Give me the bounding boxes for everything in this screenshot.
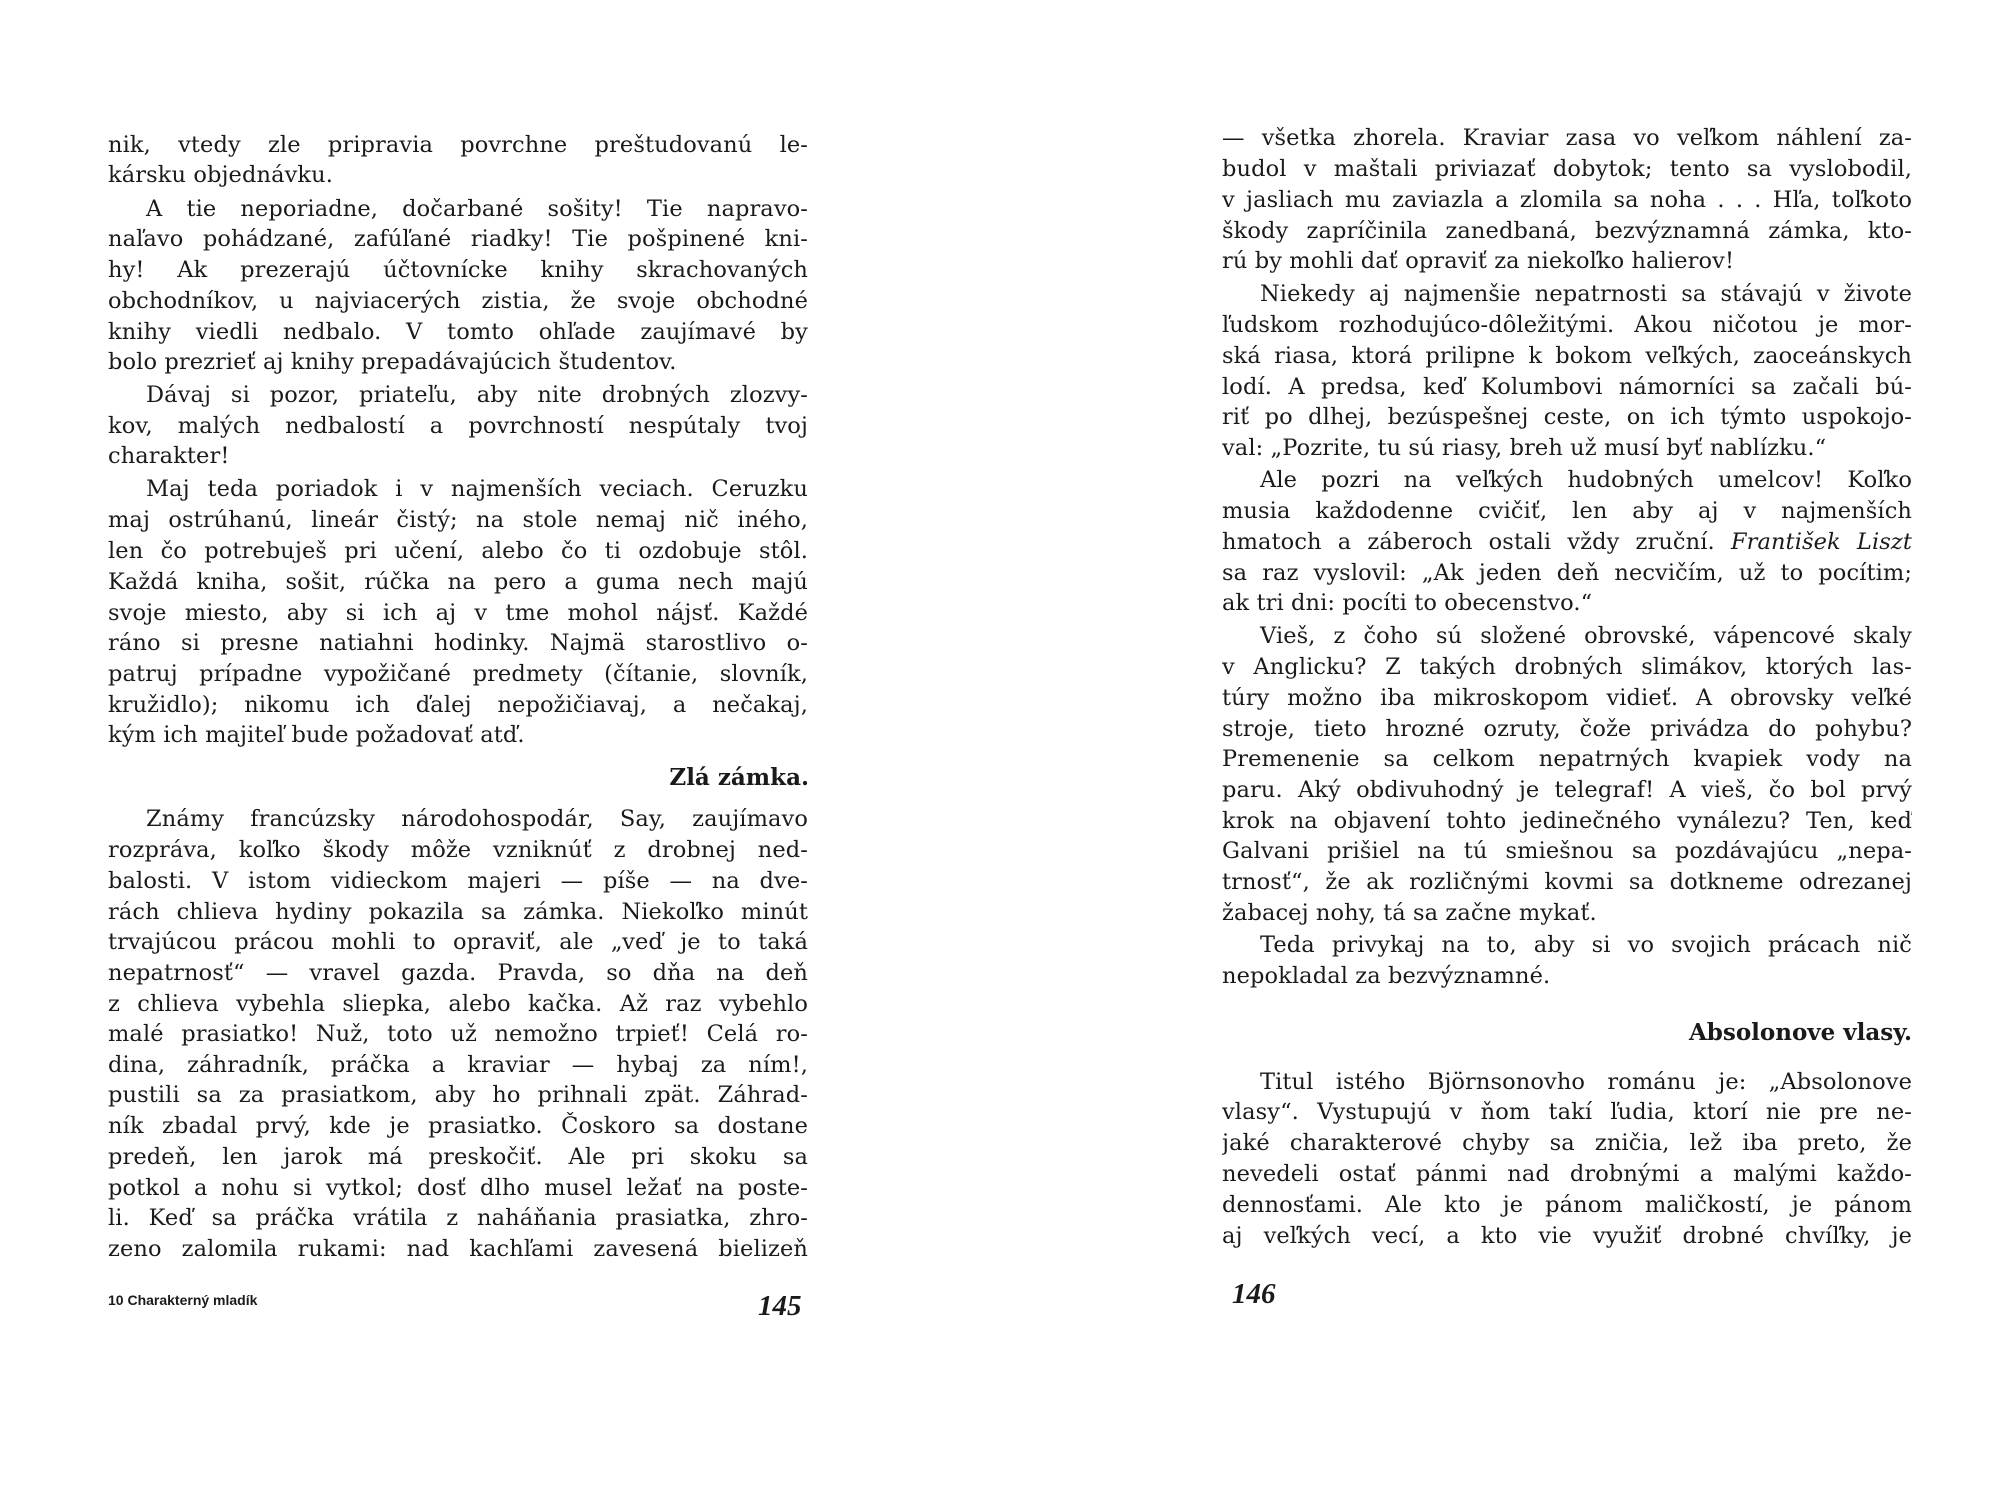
text-line: maj ostrúhanú, lineár čistý; na stole ne… (108, 505, 808, 535)
text-line: trvajúcou prácou mohli to opraviť, ale „… (108, 927, 808, 957)
text-line: Premenenie sa celkom nepatrných kvapiek … (1222, 744, 1912, 774)
text-line: dina, záhradník, práčka a kraviar — hyba… (108, 1050, 808, 1080)
text-line: zeno zalomila rukami: nad kachľami zaves… (108, 1234, 808, 1264)
text-line: ráno si presne natiahni hodinky. Najmä s… (108, 628, 808, 658)
text-line: riť po dlhej, bezúspešnej ceste, on ich … (1222, 402, 1912, 432)
text-line: Dávaj si pozor, priateľu, aby nite drobn… (108, 380, 808, 410)
page-number: 146 (1232, 1278, 1276, 1311)
text-line: balosti. V istom vidieckom majeri — píše… (108, 866, 808, 896)
text-line: patruj prípadne vypožičané predmety (čít… (108, 659, 808, 689)
text-line: Maj teda poriadok i v najmenších veciach… (108, 474, 808, 504)
text-line: Galvani prišiel na tú smiešnou sa pozdáv… (1222, 836, 1912, 866)
text-line: Teda privykaj na to, aby si vo svojich p… (1222, 930, 1912, 960)
text-line: val: „Pozrite, tu sú riasy, breh už musí… (1222, 433, 1912, 463)
text-line: trnosť“, že ak rozličnými kovmi sa dotkn… (1222, 867, 1912, 897)
text-line: musia každodenne cvičiť, len aby aj v na… (1222, 496, 1912, 526)
italic-name: František Liszt (1731, 529, 1912, 555)
text-line: ská riasa, ktorá prilipne k bokom veľkýc… (1222, 341, 1912, 371)
text-line: obchodníkov, u najviacerých zistia, že s… (108, 286, 808, 316)
printer-signature: 10 Charakterný mladík (108, 1292, 257, 1308)
text-line: nepokladal za bezvýznamné. (1222, 961, 1912, 991)
text-line: kružidlo); nikomu ich ďalej nepožičiavaj… (108, 690, 808, 720)
text-line: stroje, tieto hrozné ozruty, čože privád… (1222, 714, 1912, 744)
text-line: Každá kniha, sošit, rúčka na pero a guma… (108, 567, 808, 597)
text-line: v jasliach mu zaviazla a zlomila sa noha… (1222, 185, 1912, 215)
text-line: kým ich majiteľ bude požadovať atď. (108, 720, 808, 750)
text-line: Ale pozri na veľkých hudobných umelcov! … (1222, 465, 1912, 495)
text-line: žabacej nohy, tá sa začne mykať. (1222, 898, 1912, 928)
text-line: túry možno iba mikroskopom vidieť. A obr… (1222, 683, 1912, 713)
text-line: nik, vtedy zle pripravia povrchne preštu… (108, 130, 808, 160)
text-line: pustili sa za prasiatkom, aby ho prihnal… (108, 1080, 808, 1110)
text-line: bolo prezrieť aj knihy prepadávajúcich š… (108, 347, 808, 377)
text-line: charakter! (108, 441, 808, 471)
text-line: Niekedy aj najmenšie nepatrnosti sa stáv… (1222, 279, 1912, 309)
text-line: len čo potrebuješ pri učení, alebo čo ti… (108, 536, 808, 566)
text-line: svoje miesto, aby si ich aj v tme mohol … (108, 598, 808, 628)
text-line: lodí. A predsa, keď Kolumbovi námorníci … (1222, 372, 1912, 402)
page-number: 145 (758, 1290, 802, 1323)
text-line: — všetka zhorela. Kraviar zasa vo veľkom… (1222, 123, 1912, 153)
text-line: v Anglicku? Z takých drobných slimákov, … (1222, 652, 1912, 682)
text-line: nevedeli ostať pánmi nad drobnými a malý… (1222, 1159, 1912, 1189)
text-line: Vieš, z čoho sú složené obrovské, vápenc… (1222, 621, 1912, 651)
text-line: aj veľkých vecí, a kto vie využiť drobné… (1222, 1221, 1912, 1251)
text-line: ník zbadal prvý, kde je prasiatko. Čosko… (108, 1111, 808, 1141)
section-heading-zla-zamka: Zlá zámka. (669, 763, 809, 793)
text-line: naľavo pohádzané, zafúľané riadky! Tie p… (108, 224, 808, 254)
text-line: dennosťami. Ale kto je pánom maličkostí,… (1222, 1190, 1912, 1220)
text-line: škody zapríčinila zanedbaná, bezvýznamná… (1222, 216, 1912, 246)
text-line: ľudskom rozhodujúco-dôležitými. Akou nič… (1222, 310, 1912, 340)
text-line: predeň, len jarok má preskočiť. Ale pri … (108, 1142, 808, 1172)
text-line: budol v maštali priviazať dobytok; tento… (1222, 154, 1912, 184)
text-line: A tie neporiadne, dočarbané sošity! Tie … (108, 194, 808, 224)
section-heading-absolonove-vlasy: Absolonove vlasy. (1689, 1018, 1912, 1048)
text-line: li. Keď sa práčka vrátila z naháňania pr… (108, 1203, 808, 1233)
text-line: rozpráva, koľko škody môže vzniknúť z dr… (108, 835, 808, 865)
text-line: kov, malých nedbalostí a povrchností nes… (108, 411, 808, 441)
text-line: paru. Aký obdivuhodný je telegraf! A vie… (1222, 775, 1912, 805)
text-line: malé prasiatko! Nuž, toto už nemožno trp… (108, 1019, 808, 1049)
text-line: ak tri dni: pocíti to obecenstvo.“ (1222, 588, 1912, 618)
text-line: hy! Ak prezerajú účtovnícke knihy skrach… (108, 255, 808, 285)
text-line: rú by mohli dať opraviť za niekoľko hali… (1222, 246, 1912, 276)
right-page: Absolonove vlasy. 146 — všetka zhorela. … (1005, 0, 2011, 1500)
text-line: nepatrnosť“ — vravel gazda. Pravda, so d… (108, 958, 808, 988)
text-line: sa raz vyslovil: „Ak jeden deň necvičím,… (1222, 558, 1912, 588)
text-line: jaké charakterové chyby sa zničia, lež i… (1222, 1128, 1912, 1158)
text-line: rách chlieva hydiny pokazila sa zámka. N… (108, 897, 808, 927)
text-line: knihy viedli nedbalo. V tomto ohľade zau… (108, 317, 808, 347)
text-line: kársku objednávku. (108, 160, 808, 190)
text-line: hmatoch a záberoch ostali vždy zruční. F… (1222, 527, 1912, 557)
text-line: potkol a nohu si vytkol; dosť dlho musel… (108, 1173, 808, 1203)
text-line: Titul istého Björnsonovho románu je: „Ab… (1222, 1067, 1912, 1097)
left-page: Zlá zámka. 10 Charakterný mladík 145 nik… (0, 0, 1005, 1500)
text-line: z chlieva vybehla sliepka, alebo kačka. … (108, 989, 808, 1019)
text-line: vlasy“. Vystupujú v ňom takí ľudia, ktor… (1222, 1097, 1912, 1127)
text-line: krok na objavení tohto jedinečného vynál… (1222, 806, 1912, 836)
text-line: Známy francúzsky národohospodár, Say, za… (108, 804, 808, 834)
